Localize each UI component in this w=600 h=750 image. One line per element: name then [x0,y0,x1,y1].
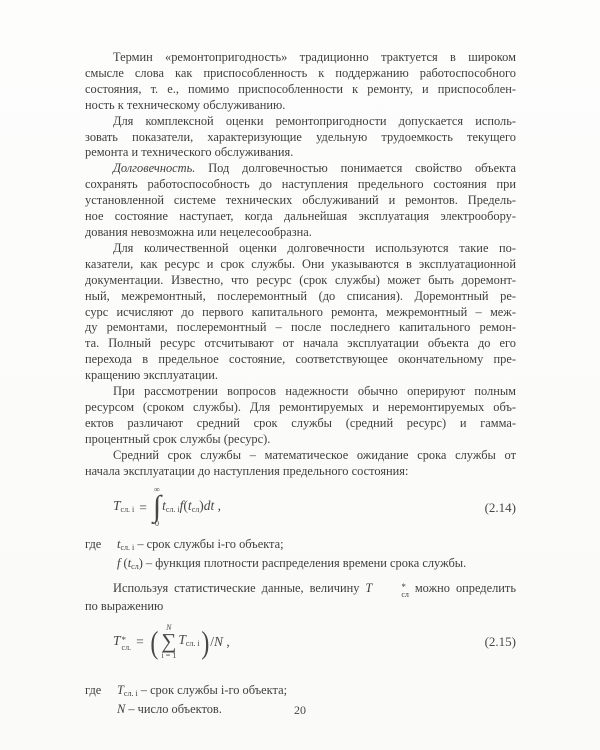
sup-sub-stack: *сл. [122,637,132,652]
text-line: Долговечность. Под долговечностью понима… [85,161,516,177]
text-line: дования невозможна или нецелесообразна. [85,225,516,241]
where-block-2-14: где tсл. i – срок службы i-го объекта; f… [85,537,516,575]
math-subscript: сл. i [186,639,200,648]
text-column: Термин «ремонтопригодность» традиционно … [85,50,516,718]
text-line: документации. Известно, что ресурс (срок… [85,273,516,289]
formula-2-15-row: T*сл. = ( N ∑ i = 1 Tсл. i ) /N , (2.15) [85,619,516,665]
text-line: ный, межремонтный, послеремонтный (до сп… [85,289,516,305]
math-subscript: сл. i [121,505,135,514]
text-line: та. Полный ресурс отсчитывают от начала … [85,336,516,352]
text-line: Для комплексной оценки ремонтопригодност… [85,114,516,130]
text-line: сурс исчисляют до первого капитального р… [85,305,516,321]
math-subscript: сл [373,590,409,599]
document-page: Термин «ремонтопригодность» традиционно … [0,0,600,750]
math-subscript: сл. i [124,689,138,698]
text-line: зовать показатели, характеризующие удель… [85,130,516,146]
text-line: ресурсом (сроком службы). Для ремонтируе… [85,400,516,416]
integral-with-limits: ∞ ∫ 0 [153,486,161,528]
math-subscript: сл. i [120,543,134,552]
definition-text: – срок службы i-го объекта; [138,683,287,697]
math-subscript: сл. i [166,505,180,514]
math-term: T [113,498,121,513]
where-definition: f (tсл) – функция плотности распределени… [117,556,466,570]
comma: , [223,634,230,649]
where-definition: Tсл. i – срок службы i-го объекта; [117,683,287,702]
open-paren: ( [150,627,158,657]
text-line: процентный срок службы (ресурс). [85,432,516,448]
where-label: где [85,683,117,699]
text-line: состояния, т. е., помимо приспособленнос… [85,82,516,98]
sum-lower-limit: i = 1 [161,651,176,660]
paragraph: При рассмотрении вопросов надежности обы… [85,384,516,448]
equation-number-2-15: (2.15) [485,634,516,650]
where-label: где [85,537,117,553]
paragraph: Термин «ремонтопригодность» традиционно … [85,50,516,114]
text-run: Под долговечностью понимается свойство о… [195,161,516,175]
equals-sign: = [139,500,147,516]
close-paren: ) [201,627,209,657]
math-term: T [178,632,186,647]
definition-text: – функция плотности распределения времен… [143,556,466,570]
text-line: Средний срок службы – математическое ожи… [85,448,516,464]
math-term: N [214,634,223,649]
paren: ( [120,556,127,570]
text-run: Используя статистические данные, величин… [113,581,365,595]
text-line: сохранять работоспособность до наступлен… [85,177,516,193]
where-row: где tсл. i – срок службы i-го объекта; [85,537,516,556]
paragraph: Используя статистические данные, величин… [85,581,516,615]
paragraph: Для комплексной оценки ремонтопригодност… [85,114,516,162]
formula-2-14-row: Tсл. i = ∞ ∫ 0 tсл. if(tсл)dt , (2.14) [85,485,516,529]
math-subscript: сл. [122,643,132,652]
paragraph: Долговечность. Под долговечностью понима… [85,161,516,241]
math-term: T [113,633,121,648]
sup-sub-stack: *сл [373,584,409,599]
equals-sign: = [136,634,144,650]
text-line: по выражению [85,599,516,615]
comma: , [214,498,221,513]
text-line: Для количественной оценки долговечности … [85,241,516,257]
math-subscript: сл [131,562,139,571]
italic-term: Долговечность. [113,161,195,175]
text-line: казатели, как ресурс и срок службы. Они … [85,257,516,273]
where-row: f (tсл) – функция плотности распределени… [85,556,516,575]
formula-2-15: T*сл. = ( N ∑ i = 1 Tсл. i ) /N , [113,624,230,660]
text-line: При рассмотрении вопросов надежности обы… [85,384,516,400]
text-line: смысле слова как приспособленность к под… [85,66,516,82]
text-line: ектов различают средний срок службы (сре… [85,416,516,432]
text-line: Используя статистические данные, величин… [85,581,516,599]
text-line: ремонта и технического обслуживания. [85,145,516,161]
text-line: ность к техническому обслуживанию. [85,98,516,114]
text-line: кращению эксплуатации. [85,368,516,384]
where-definition: tсл. i – срок службы i-го объекта; [117,537,284,556]
math-term: T [365,581,372,595]
page-number: 20 [0,703,600,718]
paragraph: Для количественной оценки долговечности … [85,241,516,384]
definition-text: – срок службы i-го объекта; [134,537,283,551]
formula-2-14: Tсл. i = ∞ ∫ 0 tсл. if(tсл)dt , [113,486,221,528]
text-line: начала эксплуатации до наступления преде… [85,464,516,480]
text-line: установленной системе технических обслуж… [85,193,516,209]
text-line: перехода в предельное состояние, соответ… [85,352,516,368]
summation-with-limits: N ∑ i = 1 [161,624,176,660]
differential: dt [204,498,215,513]
text-line: ду ремонтами, послеремонтный – после пос… [85,320,516,336]
equation-number-2-14: (2.14) [485,500,516,516]
integral-lower-limit: 0 [155,520,159,528]
where-row: где Tсл. i – срок службы i-го объекта; [85,683,516,702]
sigma-sum-sign: ∑ [161,632,176,651]
text-line: ное состояние наступает, когда дальнейша… [85,209,516,225]
paragraph: Средний срок службы – математическое ожи… [85,448,516,480]
text-line: Термин «ремонтопригодность» традиционно … [85,50,516,66]
text-run: можно определить [409,581,516,595]
math-term: T [117,683,124,697]
integral-sign: ∫ [153,494,161,520]
